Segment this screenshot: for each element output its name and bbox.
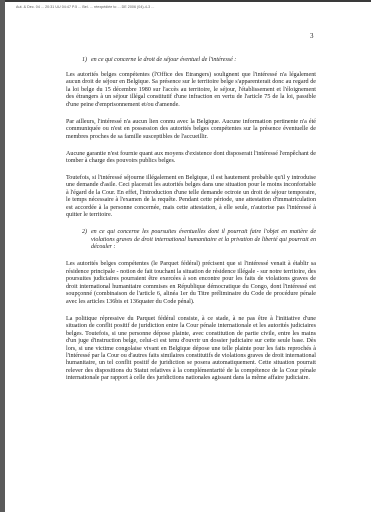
paragraph: Les autorités belges compétentes (le Par… — [66, 261, 316, 306]
paragraph: Toutefois, si l'intéressé séjourne illég… — [66, 175, 316, 220]
section-1-heading: 1) en ce qui concerne le droit de séjour… — [82, 57, 312, 64]
paragraph: Par ailleurs, l'intéressé n'a aucun lien… — [66, 119, 316, 141]
paragraph: Aucune garantie n'est fournie quant aux … — [66, 151, 316, 166]
document-body: Les autorités belges compétentes (l'Offi… — [66, 72, 316, 392]
paragraph: La politique répressive du Parquet fédér… — [66, 316, 316, 383]
scan-left-edge — [0, 0, 5, 512]
section-2-title: en ce qui concerne les poursuites éventu… — [91, 229, 316, 251]
paragraph: Les autorités belges compétentes (l'Offi… — [66, 72, 316, 109]
section-1-number: 1) — [82, 57, 87, 64]
section-1-title: en ce qui concerne le droit de séjour év… — [91, 57, 236, 64]
scan-top-edge — [0, 0, 371, 2]
section-2-heading: 2) en ce qui concerne les poursuites éve… — [82, 229, 316, 251]
section-2-number: 2) — [82, 229, 87, 251]
fax-transmission-header: Aut. & Dec. 04 ... 20:31 UU 04:47 P.5 ..… — [16, 5, 154, 9]
page-number: 3 — [310, 32, 314, 40]
